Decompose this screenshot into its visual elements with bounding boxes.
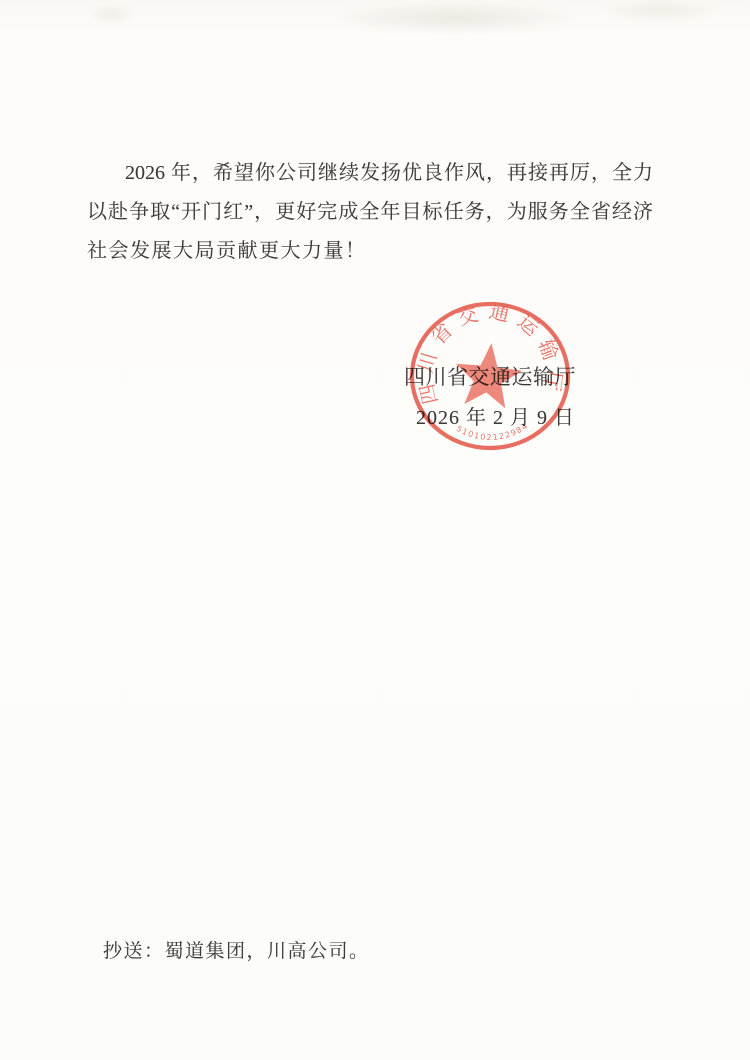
- paragraph-line: 以赴争取“开门红”，更好完成全年目标任务，为服务全省经济: [87, 193, 653, 232]
- official-seal: 四川省交通运输厅 5101021229847: [405, 295, 575, 457]
- body-paragraph: 2026 年，希望你公司继续发扬优良作风，再接再厉，全力 以赴争取“开门红”，更…: [87, 154, 653, 271]
- paragraph-line: 社会发展大局贡献更大力量！: [87, 232, 653, 271]
- scan-artifact: [330, 2, 580, 34]
- scan-artifact: [88, 6, 134, 22]
- scan-artifact: [600, 0, 720, 22]
- cc-line: 抄送：蜀道集团，川高公司。: [103, 936, 370, 963]
- document-page: 2026 年，希望你公司继续发扬优良作风，再接再厉，全力 以赴争取“开门红”，更…: [0, 0, 750, 1060]
- seal-star-icon: [452, 340, 525, 410]
- paragraph-line: 2026 年，希望你公司继续发扬优良作风，再接再厉，全力: [87, 154, 653, 193]
